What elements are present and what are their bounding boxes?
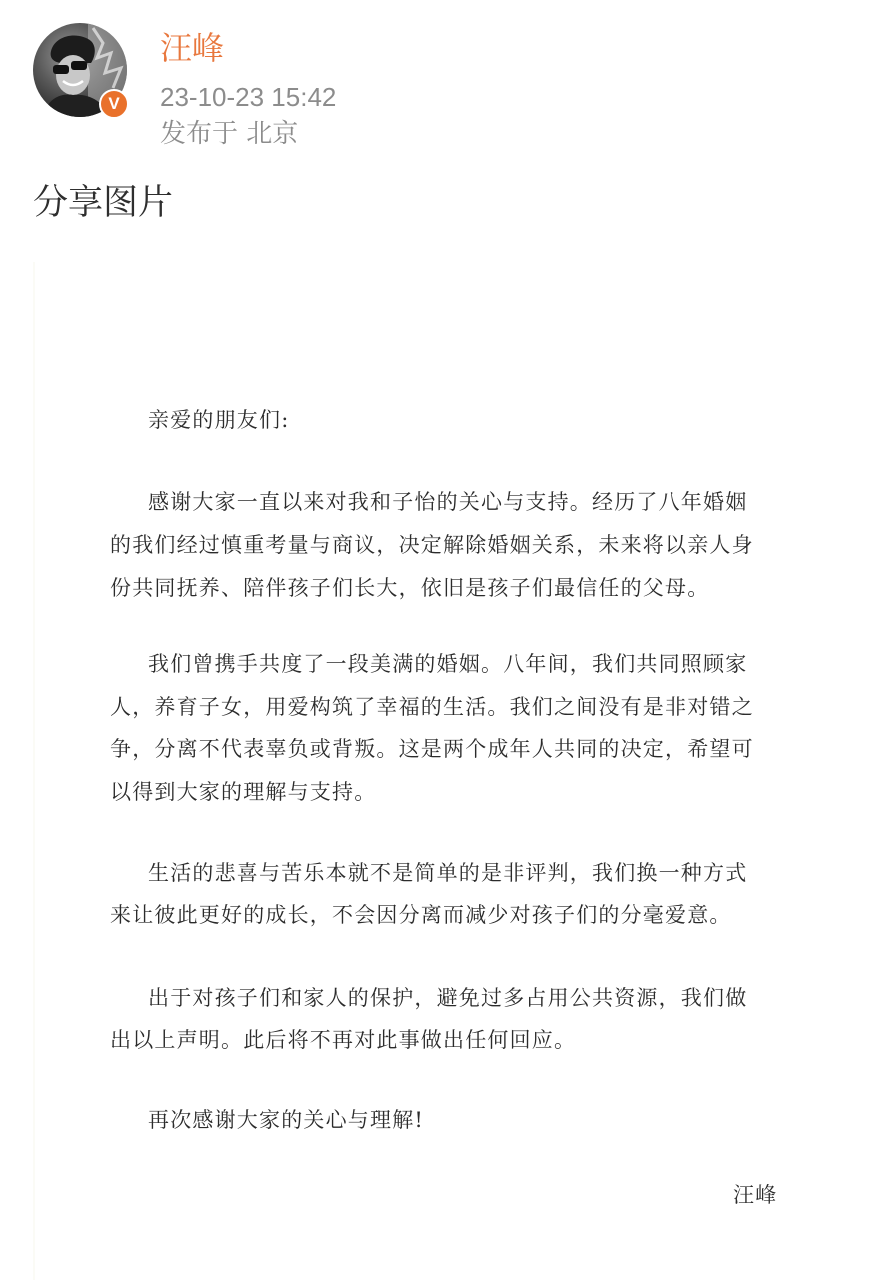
- letter-paragraph-3-line-2: 来让彼此更好的成长，不会因分离而减少对孩子们的分毫爱意。: [110, 901, 732, 929]
- letter-paragraph-2-line-4: 以得到大家的理解与支持。: [110, 778, 376, 806]
- letter-paragraph-2-line-2: 人，养育子女，用爱构筑了幸福的生活。我们之间没有是非对错之: [110, 693, 754, 721]
- letter-signature: 汪峰: [733, 1181, 777, 1209]
- post-timestamp: 23-10-23 15:42: [160, 80, 336, 114]
- verified-badge-icon: V: [99, 89, 129, 119]
- letter-paragraph-2-line-3: 争，分离不代表辜负或背叛。这是两个成年人共同的决定，希望可: [110, 735, 754, 763]
- letter-closing: 再次感谢大家的关心与理解!: [148, 1106, 424, 1134]
- letter-paragraph-4-line-1: 出于对孩子们和家人的保护，避免过多占用公共资源，我们做: [148, 984, 747, 1012]
- letter-paragraph-2-line-1: 我们曾携手共度了一段美满的婚姻。八年间，我们共同照顾家: [148, 650, 747, 678]
- letter-paragraph-1-line-1: 感谢大家一直以来对我和子怡的关心与支持。经历了八年婚姻: [148, 488, 747, 516]
- post-location: 发布于 北京: [160, 117, 298, 151]
- letter-paragraph-3-line-1: 生活的悲喜与苦乐本就不是简单的是非评判，我们换一种方式: [148, 859, 747, 887]
- letter-paragraph-4-line-2: 出以上声明。此后将不再对此事做出任何回应。: [110, 1026, 576, 1054]
- letter-greeting: 亲爱的朋友们:: [148, 406, 289, 434]
- letter-paragraph-1-line-3: 份共同抚养、陪伴孩子们长大，依旧是孩子们最信任的父母。: [110, 574, 709, 602]
- post-text: 分享图片: [33, 181, 173, 225]
- author-name[interactable]: 汪峰: [160, 28, 224, 68]
- letter-paragraph-1-line-2: 的我们经过慎重考量与商议，决定解除婚姻关系，未来将以亲人身: [110, 531, 754, 559]
